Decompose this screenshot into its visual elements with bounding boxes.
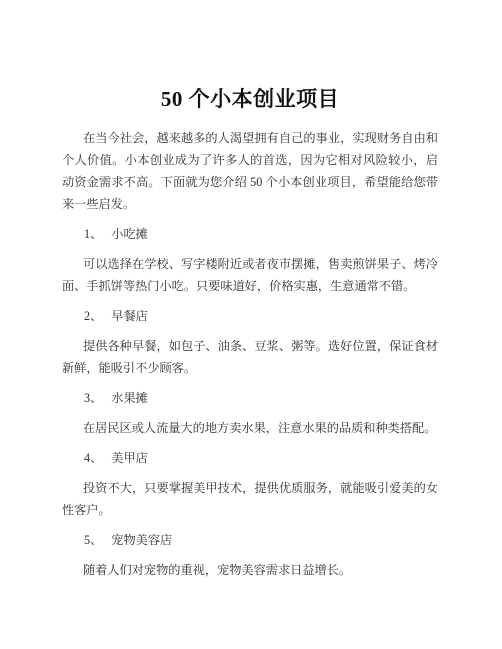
item-number: 4、 (84, 447, 102, 469)
item-number: 5、 (84, 529, 102, 551)
item-description-4: 投资不大，只要掌握美甲技术，提供优质服务，就能吸引爱美的女性客户。 (62, 477, 438, 521)
list-item-heading-2: 2、早餐店 (62, 305, 438, 327)
list-item-heading-5: 5、宠物美容店 (62, 529, 438, 551)
intro-paragraph: 在当今社会，越来越多的人渴望拥有自己的事业，实现财务自由和个人价值。小本创业成为… (62, 127, 438, 215)
item-name: 水果摊 (111, 391, 148, 405)
item-description-2: 提供各种早餐，如包子、油条、豆浆、粥等。选好位置，保证食材新鲜，能吸引不少顾客。 (62, 335, 438, 379)
item-name: 美甲店 (111, 451, 148, 465)
document-title: 50 个小本创业项目 (62, 86, 438, 112)
item-number: 3、 (84, 387, 102, 409)
list-item-heading-4: 4、美甲店 (62, 447, 438, 469)
list-item-heading-3: 3、水果摊 (62, 387, 438, 409)
item-name: 小吃摊 (111, 227, 148, 241)
list-item-heading-1: 1、小吃摊 (62, 223, 438, 245)
item-description-1: 可以选择在学校、写字楼附近或者夜市摆摊，售卖煎饼果子、烤冷面、手抓饼等热门小吃。… (62, 253, 438, 297)
item-description-5: 随着人们对宠物的重视，宠物美容需求日益增长。 (62, 559, 438, 581)
item-description-3: 在居民区或人流量大的地方卖水果，注意水果的品质和种类搭配。 (62, 417, 438, 439)
document-page: 50 个小本创业项目 在当今社会，越来越多的人渴望拥有自己的事业，实现财务自由和… (0, 0, 502, 649)
item-name: 早餐店 (111, 309, 148, 323)
item-number: 1、 (84, 223, 102, 245)
item-name: 宠物美容店 (111, 533, 172, 547)
item-number: 2、 (84, 305, 102, 327)
